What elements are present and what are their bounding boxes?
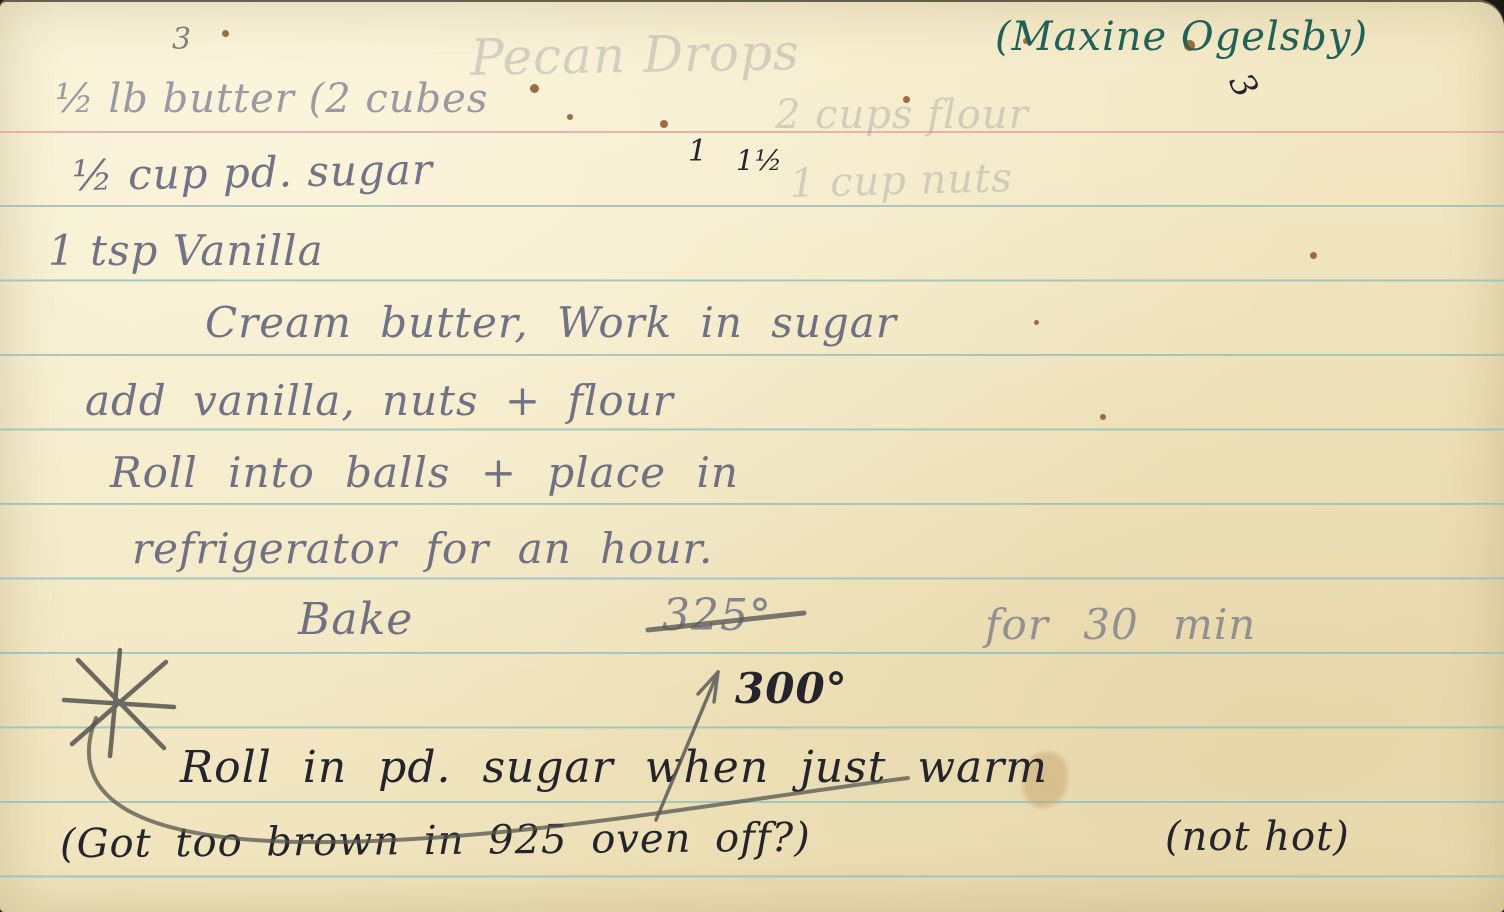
note-too-brown: (Got too brown in 925 oven off?) bbox=[60, 815, 811, 868]
ingredient-butter: ½ lb butter (2 cubes bbox=[55, 76, 488, 122]
ingredient-nuts: 1 cup nuts bbox=[789, 155, 1013, 207]
bake-duration: for 30 min bbox=[985, 600, 1256, 649]
card-side-number: 3 bbox=[1220, 67, 1266, 106]
recipe-title: Pecan Drops bbox=[470, 23, 801, 87]
step-refrigerate: refrigerator for an hour. bbox=[132, 524, 713, 573]
bake-temp-corrected: 300° bbox=[735, 664, 848, 713]
ingredient-flour: 2 cups flour bbox=[775, 92, 1029, 138]
step-roll-balls: Roll into balls + place in bbox=[110, 448, 739, 497]
note-not-hot: (not hot) bbox=[1165, 814, 1350, 860]
stain-speck bbox=[222, 30, 229, 37]
stain-speck bbox=[1034, 320, 1039, 325]
recipe-card: 3 Pecan Drops (Maxine Ogelsby) 3 ½ lb bu… bbox=[0, 0, 1504, 912]
page-number: 3 bbox=[172, 22, 192, 57]
ingredient-vanilla: 1 tsp Vanilla bbox=[48, 226, 324, 275]
stain-speck bbox=[567, 114, 573, 120]
flour-correction: 1½ bbox=[736, 144, 783, 177]
stain-speck bbox=[1310, 252, 1317, 259]
stain-speck bbox=[660, 120, 668, 128]
attribution: (Maxine Ogelsby) bbox=[995, 14, 1368, 60]
bake-temp-old: 325° bbox=[662, 590, 772, 641]
bake-word: Bake bbox=[298, 594, 413, 645]
note-roll-in-sugar: Roll in pd. sugar when just warm bbox=[180, 742, 1048, 793]
stain-speck bbox=[1100, 414, 1106, 420]
ingredient-sugar: ½ cup pd. sugar bbox=[72, 145, 434, 200]
step-cream-butter: Cream butter, Work in sugar bbox=[205, 298, 897, 347]
sugar-correction-mark: 1 bbox=[688, 134, 708, 169]
step-add-vanilla: add vanilla, nuts + flour bbox=[85, 376, 674, 425]
ruled-line-red bbox=[0, 131, 1504, 133]
